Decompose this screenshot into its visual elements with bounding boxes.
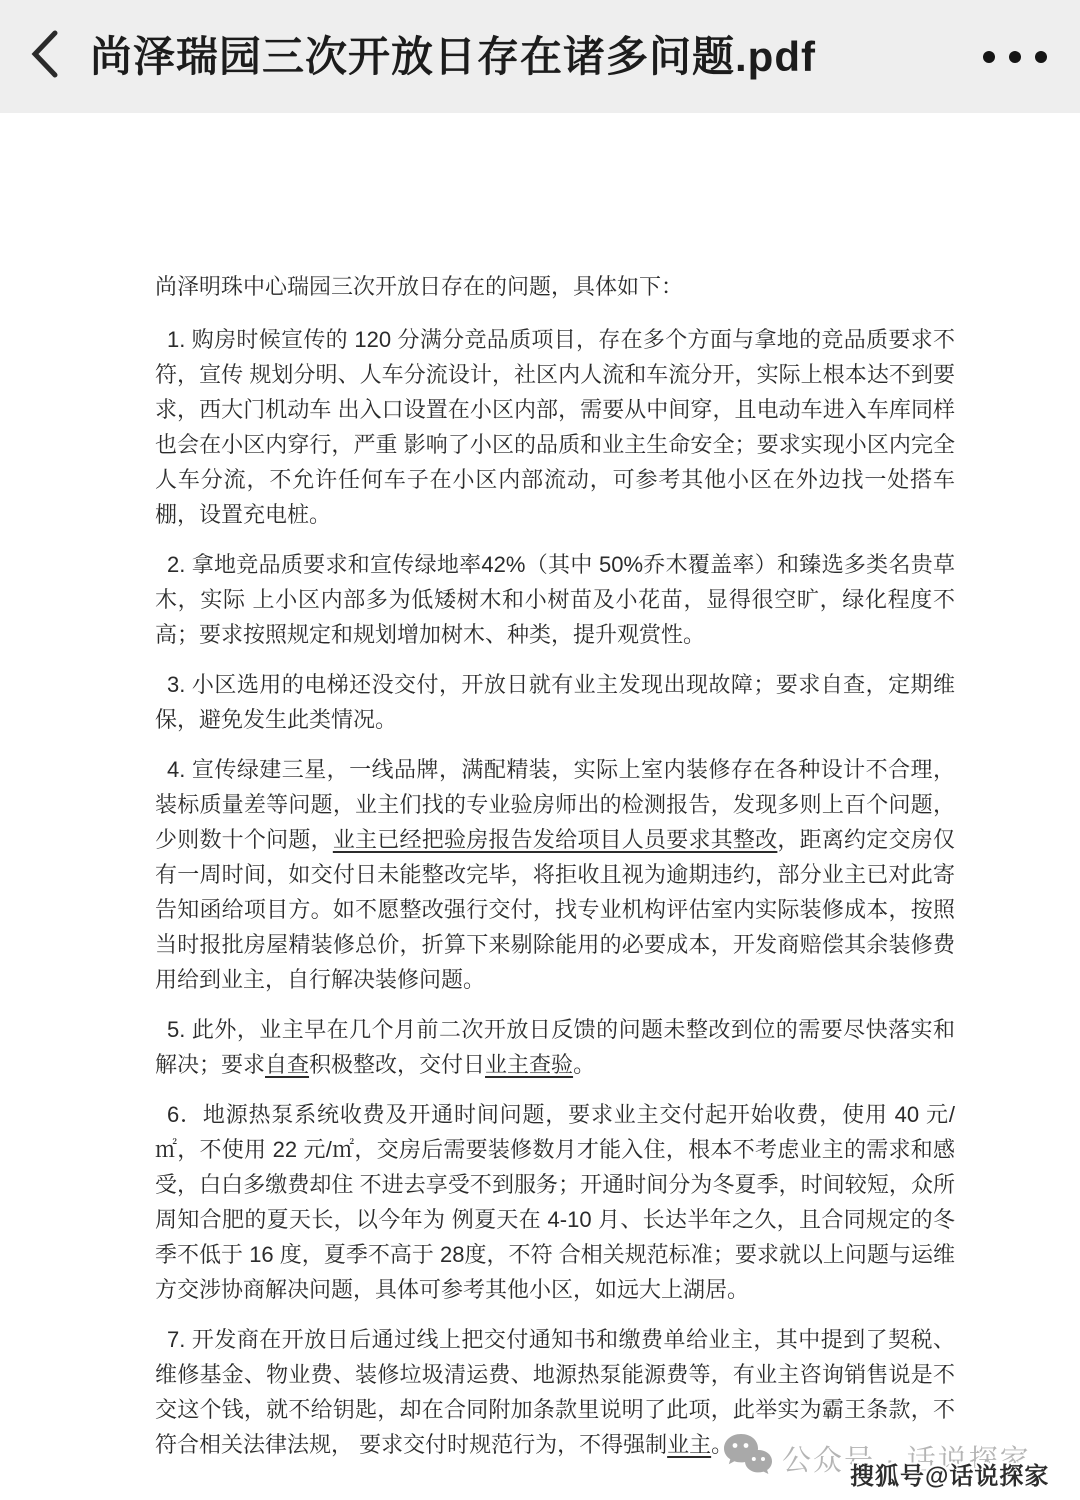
document-body: 1. 购房时候宣传的 120 分满分竞品质项目，存在多个方面与拿地的竞品质要求不…: [155, 322, 955, 1462]
document-paragraph: 1. 购房时候宣传的 120 分满分竞品质项目，存在多个方面与拿地的竞品质要求不…: [155, 322, 955, 532]
ellipsis-icon: [1035, 51, 1047, 63]
document-paragraph: 3. 小区选用的电梯还没交付，开放日就有业主发现出现故障；要求自查，定期维保，避…: [155, 667, 955, 737]
document-paragraph: 7. 开发商在开放日后通过线上把交付通知书和缴费单给业主，其中提到了契税、维修基…: [155, 1322, 955, 1462]
document-paragraph: 2. 拿地竞品质要求和宣传绿地率42%（其中 50%乔木覆盖率）和臻选多类名贵草…: [155, 547, 955, 652]
document-page: 尚泽明珠中心瑞园三次开放日存在的问题，具体如下： 1. 购房时候宣传的 120 …: [0, 113, 1080, 1500]
back-button[interactable]: [0, 0, 90, 113]
document-paragraph: 6．地源热泵系统收费及开通时间问题，要求业主交付起开始收费，使用 40 元/㎡，…: [155, 1097, 955, 1307]
chevron-left-icon: [29, 29, 61, 84]
document-paragraph: 4. 宣传绿建三星，一线品牌，满配精装，实际上室内装修存在各种设计不合理， 装标…: [155, 752, 955, 997]
document-paragraph: 5. 此外，业主早在几个月前二次开放日反馈的问题未整改到位的需要尽快落实和解决；…: [155, 1012, 955, 1082]
page-title: 尚泽瑞园三次开放日存在诸多问题.pdf: [90, 0, 950, 113]
more-menu-button[interactable]: [950, 0, 1080, 113]
titlebar: 尚泽瑞园三次开放日存在诸多问题.pdf: [0, 0, 1080, 113]
ellipsis-icon: [983, 51, 995, 63]
document-title: 尚泽明珠中心瑞园三次开放日存在的问题，具体如下：: [155, 269, 955, 304]
ellipsis-icon: [1009, 51, 1021, 63]
pdf-viewer-app: 尚泽瑞园三次开放日存在诸多问题.pdf 尚泽明珠中心瑞园三次开放日存在的问题，具…: [0, 0, 1080, 1500]
